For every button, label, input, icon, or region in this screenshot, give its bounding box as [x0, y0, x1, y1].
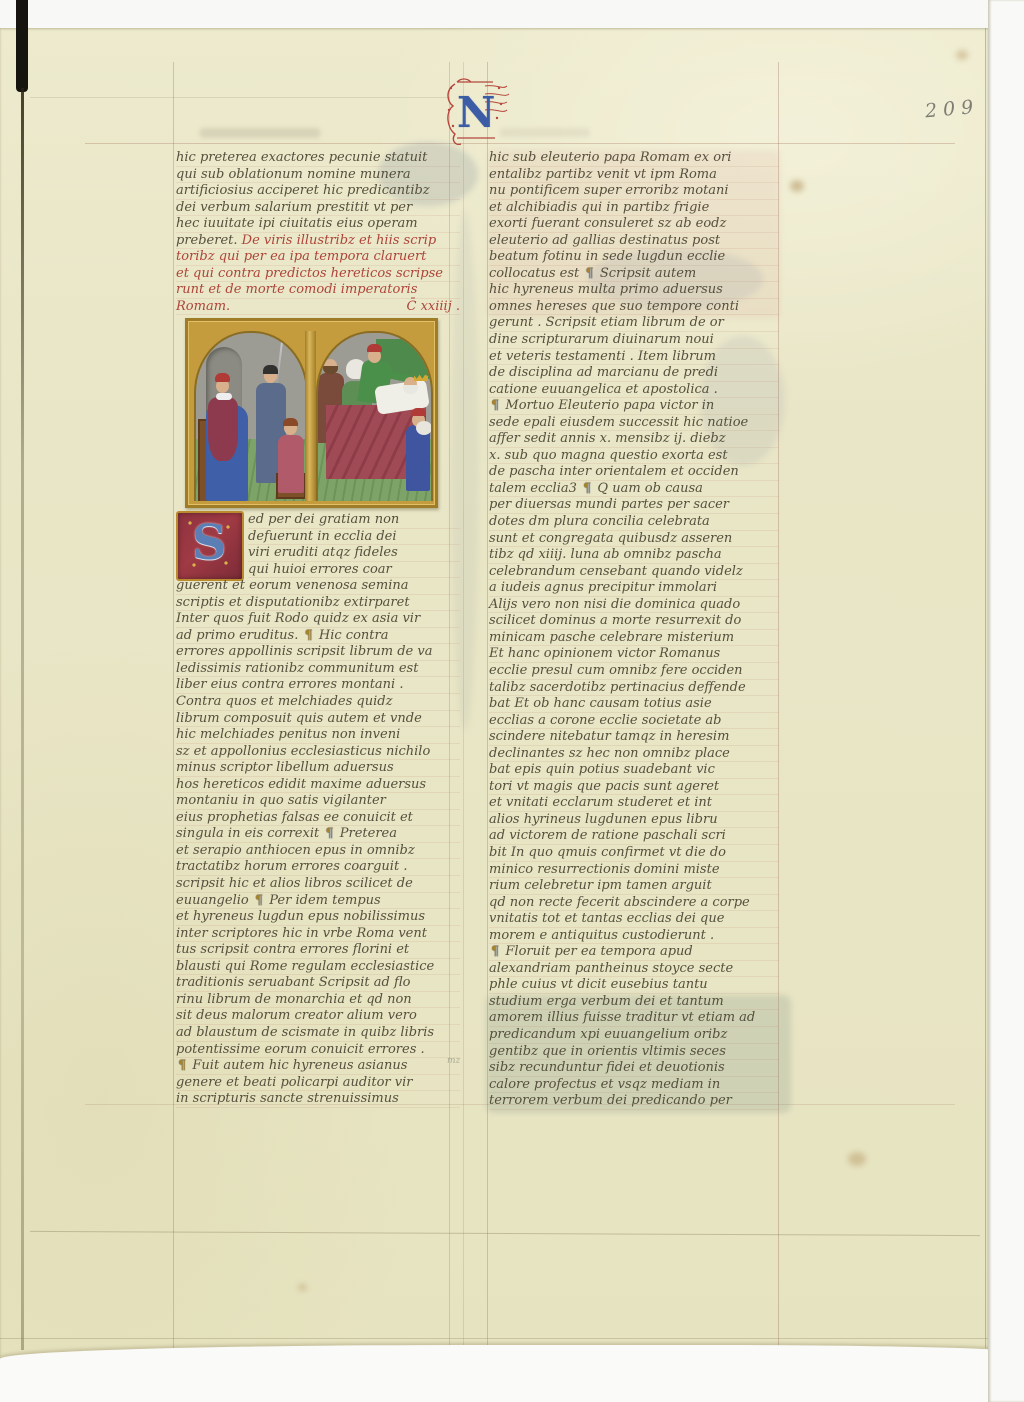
body-text: a iudeis agnus precipitur immolari	[489, 580, 717, 597]
body-text: hec iuuitate ipi ciuitatis eius operam	[176, 216, 418, 233]
body-text: minico resurrectionis domini miste	[489, 862, 720, 879]
body-text: eius prophetias falsas ee conuicit et	[176, 810, 413, 827]
body-text: de disciplina ad marcianu de predi	[489, 365, 718, 382]
text-line: Et hanc opinionem victor Romanus	[489, 646, 779, 663]
body-text: ad primo eruditus. ¶ Hic contra	[176, 628, 388, 645]
child-hair	[283, 418, 298, 426]
text-line: omnes hereses que suo tempore conti	[489, 299, 779, 316]
text-line: calore profectus et vsqz mediam in	[489, 1077, 779, 1094]
backing-page-bottom	[0, 1345, 1024, 1402]
body-text: Alijs vero non nisi die dominica quado	[489, 597, 740, 614]
text-line: bat epis quin potius suadebant vic	[489, 762, 779, 779]
body-text: genere et beati policarpi auditor vir	[176, 1075, 413, 1092]
body-text: inter scriptores hic in vrbe Roma vent	[176, 926, 427, 943]
body-text: scilicet dominus a morte resurrexit do	[489, 613, 741, 630]
body-text: tori vt magis que pacis sunt ageret	[489, 779, 719, 796]
left-arch-scene	[194, 331, 308, 501]
text-line: dine scripturarum diuinarum noui	[489, 332, 779, 349]
header-initial-block: N	[441, 76, 511, 150]
body-text: celebrandum censebant quando videlz	[489, 564, 743, 581]
text-line: et qui contra predictos hereticos scrips…	[176, 266, 460, 283]
body-text: amorem illius fuisse traditur vt etiam a…	[489, 1010, 755, 1027]
pilcrow-mark-icon: ¶	[489, 398, 501, 413]
text-line: sede epali eiusdem successit hic natioe	[489, 415, 779, 432]
text-line: talibz sacerdotibz pertinacius deffende	[489, 680, 779, 697]
body-text: bat epis quin potius suadebant vic	[489, 762, 715, 779]
body-text: omnes hereses que suo tempore conti	[489, 299, 739, 316]
text-line: talem ecclia3 ¶ Q uam ob causa	[489, 481, 779, 498]
servant-white-sack	[416, 421, 432, 435]
body-text: ad blaustum de scismate in quibz libris	[176, 1025, 434, 1042]
body-text: sit deus malorum creator alium vero	[176, 1008, 417, 1025]
body-text: predicandum xpi euuangelium oribz	[489, 1027, 727, 1044]
text-line: de pascha inter orientalem et occiden	[489, 464, 779, 481]
text-line: errores appollinis scripsit librum de va	[176, 644, 460, 661]
text-line: in scripturis sancte strenuissimus	[176, 1091, 460, 1108]
parchment-crease-upper	[30, 97, 450, 98]
body-text: rinu librum de monarchia et qd non	[176, 992, 412, 1009]
text-line: euuangelio ¶ Per idem tempus	[176, 893, 460, 910]
body-text: Contra quos et melchiades quidz	[176, 694, 392, 711]
text-line: catione euuangelica et apostolica .	[489, 382, 779, 399]
text-line: ad blaustum de scismate in quibz libris	[176, 1025, 460, 1042]
text-line: sibz recunduntur fidei et deuotionis	[489, 1060, 779, 1077]
body-text: nu pontificem super erroribz motani	[489, 183, 729, 200]
body-text: catione euuangelica et apostolica .	[489, 382, 718, 399]
body-text: dotes dm plura concilia celebrata	[489, 514, 710, 531]
text-line: minico resurrectionis domini miste	[489, 862, 779, 879]
body-text: euuangelio ¶ Per idem tempus	[176, 893, 381, 910]
body-text: viri eruditi atqz fideles	[248, 545, 398, 562]
text-line: ed per dei gratiam non	[248, 512, 460, 529]
body-text: librum composuit quis autem et vnde	[176, 711, 422, 728]
text-line: librum composuit quis autem et vnde	[176, 711, 460, 728]
pilcrow-mark-icon: ¶	[253, 893, 265, 908]
text-line: entalibz partibz venit vt ipm Roma	[489, 167, 779, 184]
text-line: potentissime eorum conuicit errores .	[176, 1042, 460, 1059]
text-line: bit In quo qmuis confirmet vt die do	[489, 845, 779, 862]
page-fore-edge-line	[985, 28, 986, 1348]
text-line: Contra quos et melchiades quidz	[176, 694, 460, 711]
text-line: Inter quos fuit Rodo quidz ex asia vir	[176, 611, 460, 628]
body-text: sunt et congregata quibusdz asseren	[489, 531, 732, 548]
body-text: exorti fuerant consuleret sz ab eodz	[489, 216, 726, 233]
text-line: montaniu in quo satis vigilanter	[176, 793, 460, 810]
body-text: et alchibiadis qui in partibz frigie	[489, 200, 709, 217]
body-text: hic melchiades penitus non inveni	[176, 727, 400, 744]
text-line: singula in eis correxit ¶ Preterea	[176, 826, 460, 843]
text-line: ad primo eruditus. ¶ Hic contra	[176, 628, 460, 645]
body-text: x. sub quo magna questio exorta est	[489, 448, 728, 465]
strangler-red-cap	[367, 344, 382, 352]
body-text: morem e antiquitus custodierunt .	[489, 928, 714, 945]
left-column-upper-text: hic preterea exactores pecunie statuitqu…	[176, 150, 460, 315]
text-line: sit deus malorum creator alium vero	[176, 1008, 460, 1025]
manuscript-scan: { "folio": { "number": "209" }, "header"…	[0, 0, 1024, 1402]
text-line: inter scriptores hic in vrbe Roma vent	[176, 926, 460, 943]
body-text: sibz recunduntur fidei et deuotionis	[489, 1060, 725, 1077]
right-column-text: hic sub eleuterio papa Romam ex oriental…	[489, 150, 779, 1110]
text-line: et alchibiadis qui in partibz frigie	[489, 200, 779, 217]
text-line: et serapio anthiocen epus in omnibz	[176, 843, 460, 860]
body-text: talibz sacerdotibz pertinacius deffende	[489, 680, 746, 697]
text-line: defuerunt in ecclia dei	[248, 529, 460, 546]
body-text: et veteris testamenti . Item librum	[489, 349, 716, 366]
body-text: ecclias a corone ecclie societate ab	[489, 713, 721, 730]
binding-gutter-band	[16, 0, 28, 92]
body-text: et vnitati ecclarum studeret et int	[489, 795, 712, 812]
body-text: collocatus est ¶ Scripsit autem	[489, 266, 696, 283]
pilcrow-mark-icon: ¶	[489, 944, 501, 959]
body-text: alexandriam pantheinus stoyce secte	[489, 961, 733, 978]
text-line: hos hereticos edidit maxime aduersus	[176, 777, 460, 794]
body-text: hic sub eleuterio papa Romam ex ori	[489, 150, 731, 167]
text-line: scriptis et disputationibz extirparet	[176, 595, 460, 612]
body-text: scindere nitebatur tamqz in heresim	[489, 729, 729, 746]
body-text: errores appollinis scripsit librum de va	[176, 644, 432, 661]
pilcrow-mark-icon: ¶	[583, 266, 595, 281]
text-line: celebrandum censebant quando videlz	[489, 564, 779, 581]
text-line: a iudeis agnus precipitur immolari	[489, 580, 779, 597]
folio-number: 209	[924, 96, 980, 123]
text-line: tibz qd xiiij. luna ab omnibz pascha	[489, 547, 779, 564]
body-text: ecclie presul cum omnibz fere occiden	[489, 663, 743, 680]
text-line: et hyreneus lugdun epus nobilissimus	[176, 909, 460, 926]
rubric-text: C̄ xxiiij .	[406, 299, 460, 316]
text-line: alexandriam pantheinus stoyce secte	[489, 961, 779, 978]
body-text: ad victorem de ratione paschali scri	[489, 828, 726, 845]
text-line: nu pontificem super erroribz motani	[489, 183, 779, 200]
text-line: preberet. De viris illustribz et hiis sc…	[176, 233, 460, 250]
text-line: scripsit hic et alios libros scilicet de	[176, 876, 460, 893]
body-text: bit In quo qmuis confirmet vt die do	[489, 845, 726, 862]
text-line: de disciplina ad marcianu de predi	[489, 365, 779, 382]
text-line: Romam.C̄ xxiiij .	[176, 299, 460, 316]
body-text: ¶ Fuit autem hic hyreneus asianus	[176, 1058, 407, 1075]
servant-red-hat	[411, 408, 426, 416]
left-column-lower-text: ed per dei gratiam nondefuerunt in eccli…	[176, 512, 460, 1108]
body-text: minicam pasche celebrare misterium	[489, 630, 734, 647]
text-line: eius prophetias falsas ee conuicit et	[176, 810, 460, 827]
text-line: hic sub eleuterio papa Romam ex ori	[489, 150, 779, 167]
text-line: tractatibz horum errores coarguit .	[176, 859, 460, 876]
text-line: ad victorem de ratione paschali scri	[489, 828, 779, 845]
body-text: gerunt . Scripsit etiam librum de or	[489, 315, 724, 332]
text-line: blausti qui Rome regulam ecclesiastice	[176, 959, 460, 976]
pilcrow-mark-icon: ¶	[176, 1058, 188, 1073]
text-line: morem e antiquitus custodierunt .	[489, 928, 779, 945]
body-text: ledissimis rationibz communitum est	[176, 661, 418, 678]
body-text: sede epali eiusdem successit hic natioe	[489, 415, 748, 432]
body-text: sz et appollonius ecclesiasticus nichilo	[176, 744, 430, 761]
text-line: terrorem verbum dei predicando per	[489, 1093, 779, 1110]
body-text: tractatibz horum errores coarguit .	[176, 859, 407, 876]
text-line: bat Et ob hanc causam totius asie	[489, 696, 779, 713]
text-line: et veteris testamenti . Item librum	[489, 349, 779, 366]
text-line: runt et de morte comodi imperatoris	[176, 282, 460, 299]
body-text: hos hereticos edidit maxime aduersus	[176, 777, 426, 794]
text-line: qui huioi errores coar	[248, 562, 460, 579]
body-text: per diuersas mundi partes per sacer	[489, 497, 729, 514]
body-text: guerent et eorum venenosa semina	[176, 578, 408, 595]
text-line: tori vt magis que pacis sunt ageret	[489, 779, 779, 796]
body-text: affer sedit annis x. mensibz ij. diebz	[489, 431, 726, 448]
body-text: minus scriptor libellum aduersus	[176, 760, 394, 777]
text-line: qd non recte fecerit abscindere a corpe	[489, 895, 779, 912]
text-line: toribz qui per ea ipa tempora claruert	[176, 249, 460, 266]
body-text: Inter quos fuit Rodo quidz ex asia vir	[176, 611, 420, 628]
scholar-mantle	[208, 397, 238, 461]
text-line: artificiosius acciperet hic predicantibz	[176, 183, 460, 200]
backing-page-right	[988, 0, 1024, 1402]
text-line: scilicet dominus a morte resurrexit do	[489, 613, 779, 630]
body-text: qui sub oblationum nomine munera	[176, 167, 411, 184]
body-text: gentibz que in orientis vltimis seces	[489, 1044, 726, 1061]
text-line: declinantes sz hec non omnibz place	[489, 746, 779, 763]
rubric-text: toribz qui per ea ipa tempora claruert	[176, 249, 426, 266]
text-line: gerunt . Scripsit etiam librum de or	[489, 315, 779, 332]
pilcrow-mark-icon: ¶	[581, 481, 593, 496]
text-line: minus scriptor libellum aduersus	[176, 760, 460, 777]
rubric-text: runt et de morte comodi imperatoris	[176, 282, 417, 299]
text-line: viri eruditi atqz fideles	[248, 545, 460, 562]
body-text: scripsit hic et alios libros scilicet de	[176, 876, 413, 893]
text-line: scindere nitebatur tamqz in heresim	[489, 729, 779, 746]
ruling-horizontal-top	[85, 143, 955, 144]
body-text: eleuterio ad gallias destinatus post	[489, 233, 720, 250]
text-line: affer sedit annis x. mensibz ij. diebz	[489, 431, 779, 448]
text-line: rinu librum de monarchia et qd non	[176, 992, 460, 1009]
text-line: dotes dm plura concilia celebrata	[489, 514, 779, 531]
text-line: phle cuius vt dicit eusebius tantu	[489, 977, 779, 994]
child-figure	[278, 435, 304, 493]
ruling-vertical-left-margin	[173, 62, 174, 1362]
body-text: preberet.	[176, 233, 242, 250]
body-text: dei verbum salarium prestitit vt per	[176, 200, 412, 217]
body-text: dine scripturarum diuinarum noui	[489, 332, 714, 349]
text-line: Alijs vero non nisi die dominica quado	[489, 597, 779, 614]
text-line: vnitatis tot et tantas ecclias dei que	[489, 911, 779, 928]
text-line: alios hyrineus lugdunen epus libru	[489, 812, 779, 829]
miniature-painting	[185, 318, 438, 508]
body-text: Et hanc opinionem victor Romanus	[489, 646, 720, 663]
scholar-red-cap	[215, 373, 230, 382]
rubric-text: De viris illustribz et hiis scrip	[242, 233, 437, 250]
text-line: hic hyreneus multa primo aduersus	[489, 282, 779, 299]
margin-pencil-note: mz	[447, 1056, 460, 1066]
text-line: hec iuuitate ipi ciuitatis eius operam	[176, 216, 460, 233]
text-line: ¶ Floruit per ea tempora apud	[489, 944, 779, 961]
ruling-vertical-col2-left	[487, 62, 488, 1362]
body-text: singula in eis correxit ¶ Preterea	[176, 826, 397, 843]
ruling-vertical-intercolumn-b	[463, 62, 464, 1362]
pilcrow-mark-icon: ¶	[323, 826, 335, 841]
text-line: hic melchiades penitus non inveni	[176, 727, 460, 744]
text-line: ¶ Fuit autem hic hyreneus asianus	[176, 1058, 460, 1075]
swordsman-hair	[263, 365, 278, 374]
body-text: tibz qd xiiij. luna ab omnibz pascha	[489, 547, 722, 564]
text-line: sz et appollonius ecclesiasticus nichilo	[176, 744, 460, 761]
body-text: bat Et ob hanc causam totius asie	[489, 696, 712, 713]
body-text: artificiosius acciperet hic predicantibz	[176, 183, 430, 200]
text-line: guerent et eorum venenosa semina	[176, 578, 460, 595]
departing-servant-figure	[406, 425, 430, 491]
text-line: ¶ Mortuo Eleuterio papa victor in	[489, 398, 779, 415]
scholar-collar	[216, 393, 232, 400]
text-line: exorti fuerant consuleret sz ab eodz	[489, 216, 779, 233]
body-text: traditionis seruabant Scripsit ad flo	[176, 975, 410, 992]
body-text: rium celebretur ipm tamen arguit	[489, 878, 712, 895]
body-text: hic preterea exactores pecunie statuit	[176, 150, 427, 167]
text-line: amorem illius fuisse traditur vt etiam a…	[489, 1010, 779, 1027]
body-text: hic hyreneus multa primo aduersus	[489, 282, 723, 299]
body-text: blausti qui Rome regulam ecclesiastice	[176, 959, 434, 976]
header-initial-letter: N	[457, 88, 495, 137]
body-text: beatum fotinu in sede lugdun ecclie	[489, 249, 725, 266]
text-line: eleuterio ad gallias destinatus post	[489, 233, 779, 250]
gold-center-column	[305, 331, 316, 501]
body-text: terrorem verbum dei predicando per	[489, 1093, 732, 1110]
body-text: qui huioi errores coar	[248, 562, 392, 579]
text-line: ledissimis rationibz communitum est	[176, 661, 460, 678]
text-line: tus scripsit contra errores florini et	[176, 942, 460, 959]
body-text: ¶ Floruit per ea tempora apud	[489, 944, 693, 961]
body-text: potentissime eorum conuicit errores .	[176, 1042, 425, 1059]
text-line: gentibz que in orientis vltimis seces	[489, 1044, 779, 1061]
body-text: entalibz partibz venit vt ipm Roma	[489, 167, 717, 184]
pilcrow-mark-icon: ¶	[302, 628, 314, 643]
text-line: et vnitati ecclarum studeret et int	[489, 795, 779, 812]
body-text: montaniu in quo satis vigilanter	[176, 793, 386, 810]
text-line: qui sub oblationum nomine munera	[176, 167, 460, 184]
text-line: x. sub quo magna questio exorta est	[489, 448, 779, 465]
body-text: alios hyrineus lugdunen epus libru	[489, 812, 718, 829]
body-text: phle cuius vt dicit eusebius tantu	[489, 977, 708, 994]
text-line: predicandum xpi euuangelium oribz	[489, 1027, 779, 1044]
body-text: ¶ Mortuo Eleuterio papa victor in	[489, 398, 714, 415]
parchment-bottom-edge	[0, 1338, 988, 1339]
body-text: defuerunt in ecclia dei	[248, 529, 397, 546]
body-text: vnitatis tot et tantas ecclias dei que	[489, 911, 724, 928]
text-line: liber eius contra errores montani .	[176, 677, 460, 694]
text-line: per diuersas mundi partes per sacer	[489, 497, 779, 514]
binding-gutter-shadow	[21, 88, 24, 1350]
text-line: hic preterea exactores pecunie statuit	[176, 150, 460, 167]
body-text: qd non recte fecerit abscindere a corpe	[489, 895, 750, 912]
body-text: declinantes sz hec non omnibz place	[489, 746, 730, 763]
text-line: ecclie presul cum omnibz fere occiden	[489, 663, 779, 680]
body-text: de pascha inter orientalem et occiden	[489, 464, 739, 481]
body-text: et serapio anthiocen epus in omnibz	[176, 843, 415, 860]
text-line: rium celebretur ipm tamen arguit	[489, 878, 779, 895]
text-line: traditionis seruabant Scripsit ad flo	[176, 975, 460, 992]
body-text: calore profectus et vsqz mediam in	[489, 1077, 720, 1094]
rubric-text: Romam.	[176, 299, 230, 316]
text-line: minicam pasche celebrare misterium	[489, 630, 779, 647]
body-text: liber eius contra errores montani .	[176, 677, 403, 694]
rubric-text: et qui contra predictos hereticos scrips…	[176, 266, 443, 283]
text-line: collocatus est ¶ Scripsit autem	[489, 266, 779, 283]
text-line: ecclias a corone ecclie societate ab	[489, 713, 779, 730]
text-line: studium erga verbum dei et tantum	[489, 994, 779, 1011]
text-line: dei verbum salarium prestitit vt per	[176, 200, 460, 217]
body-text: ed per dei gratiam non	[248, 512, 399, 529]
body-text: et hyreneus lugdun epus nobilissimus	[176, 909, 425, 926]
body-text: tus scripsit contra errores florini et	[176, 942, 409, 959]
right-arch-scene	[316, 331, 433, 501]
body-text: scriptis et disputationibz extirparet	[176, 595, 410, 612]
text-line: genere et beati policarpi auditor vir	[176, 1075, 460, 1092]
text-line: sunt et congregata quibusdz asseren	[489, 531, 779, 548]
body-text: studium erga verbum dei et tantum	[489, 994, 724, 1011]
body-text: in scripturis sancte strenuissimus	[176, 1091, 399, 1108]
body-text: talem ecclia3 ¶ Q uam ob causa	[489, 481, 703, 498]
text-line: beatum fotinu in sede lugdun ecclie	[489, 249, 779, 266]
